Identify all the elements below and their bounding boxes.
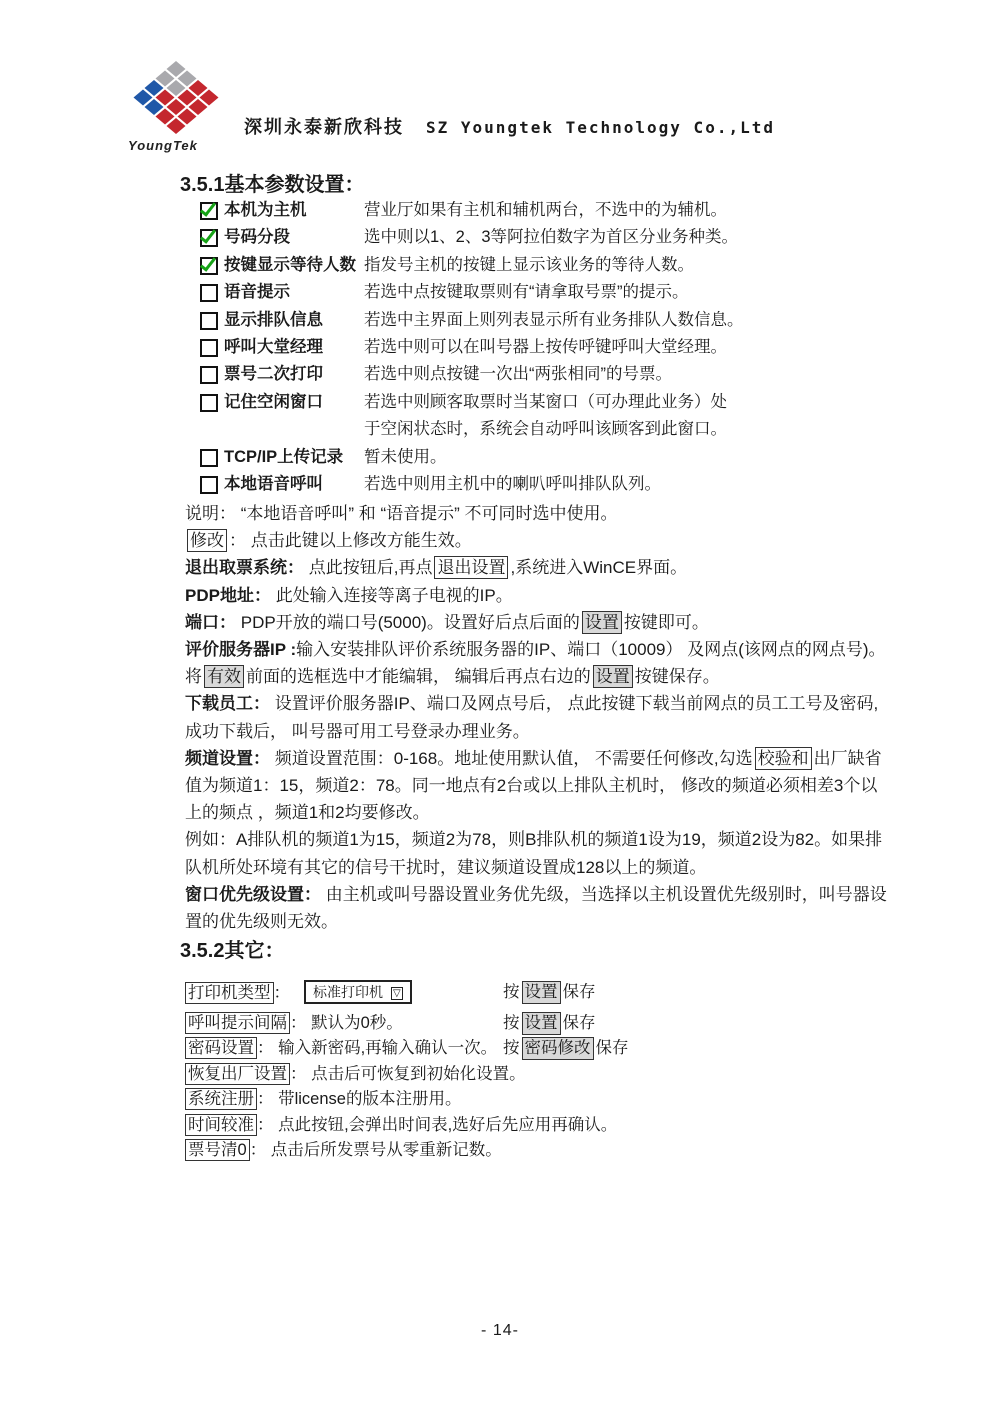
- note-paragraph: 退出取票系统： 点此按钮后,再点退出设置,系统进入WinCE界面。: [185, 554, 891, 581]
- text-run: 按键保存。: [635, 667, 720, 686]
- term-label: PDP地址：: [185, 586, 276, 605]
- company-name: 深圳永泰新欣科技 SZ Youngtek Technology Co.,Ltd: [244, 113, 775, 139]
- term-label: 窗口优先级设置：: [185, 885, 326, 904]
- inline-button: 设置: [582, 611, 622, 634]
- note-paragraph: 例如：A排队机的频道1为15，频道2为78，则B排队机的频道1设为19，频道2设…: [185, 826, 891, 880]
- checkbox-label: 号码分段: [218, 224, 364, 251]
- inline-button: 校验和: [755, 747, 812, 770]
- setting-row: 呼叫提示间隔： 默认为0秒。按设置保存: [185, 1011, 955, 1037]
- text-run: 设置评价服务器IP、端口及网点号后， 点此按键下载当前网点的员工工号及密码,成功…: [185, 694, 878, 740]
- dropdown-value: 标准打印机: [313, 984, 383, 1000]
- checkbox-row: 显示排队信息若选中主界面上则列表显示所有业务排队人数信息。: [200, 307, 890, 334]
- youngtek-logo: YoungTek: [128, 60, 228, 153]
- checkbox-description: 指发号主机的按键上显示该业务的等待人数。: [364, 252, 694, 279]
- checkbox-label: 记住空闲窗口: [218, 389, 364, 416]
- text-run: ： 点此按钮,会弹出时间表,选好后先应用再确认。: [257, 1116, 617, 1134]
- inline-button: 有效: [204, 665, 244, 688]
- text-run: ：: [274, 984, 291, 1002]
- checkbox-label: 显示排队信息: [218, 307, 364, 334]
- diamond-logo-icon: [128, 60, 224, 136]
- checkbox-description: 若选中点按键取票则有“请拿取号票”的提示。: [364, 279, 689, 306]
- term-label: 频道设置：: [185, 749, 275, 768]
- section-title-basic-params: 3.5.1基本参数设置：: [180, 168, 364, 197]
- note-paragraph: 修改： 点击此键以上修改方能生效。: [185, 527, 891, 554]
- note-paragraph: 下载员工： 设置评价服务器IP、端口及网点号后， 点此按键下载当前网点的员工工号…: [185, 690, 891, 744]
- checkbox-label: TCP/IP上传记录: [218, 444, 364, 471]
- setting-row: 票号清0： 点击后所发票号从零重新记数。: [185, 1138, 955, 1164]
- setting-row: 系统注册： 带license的版本注册用。: [185, 1087, 955, 1113]
- note-paragraph: 端口： PDP开放的端口号(5000)。设置好后点后面的设置按键即可。: [185, 609, 891, 636]
- text-run: ： 带license的版本注册用。: [257, 1090, 461, 1108]
- section-other: 3.5.2其它： 打印机类型：标准打印机▽按设置保存呼叫提示间隔： 默认为0秒。…: [185, 934, 955, 1164]
- text-run: 按: [503, 1039, 520, 1057]
- text-run: 保存: [596, 1039, 629, 1057]
- checkbox-description: 营业厅如果有主机和辅机两台，不选中的为辅机。: [364, 197, 727, 224]
- checkbox: [200, 366, 218, 384]
- text-run: 点此按钮后,再点: [309, 558, 433, 577]
- text-run: 按: [503, 1014, 520, 1032]
- term-label: 端口：: [185, 613, 241, 632]
- setting-row-left: 系统注册： 带license的版本注册用。: [185, 1090, 461, 1108]
- page-header: YoungTek 深圳永泰新欣科技 SZ Youngtek Technology…: [128, 60, 775, 153]
- settings-rows: 打印机类型：标准打印机▽按设置保存呼叫提示间隔： 默认为0秒。按设置保存密码设置…: [185, 980, 955, 1164]
- note-paragraph: 窗口优先级设置： 由主机或叫号器设置业务优先级，当选择以主机设置优先级别时，叫号…: [185, 881, 891, 935]
- setting-row-right: 按设置保存: [503, 980, 596, 1006]
- printer-type-dropdown: 标准打印机▽: [304, 980, 412, 1004]
- setting-row-left: 密码设置： 输入新密码,再输入确认一次。: [185, 1039, 497, 1057]
- setting-row: 密码设置： 输入新密码,再输入确认一次。按密码修改保存: [185, 1036, 955, 1062]
- setting-row-left: 打印机类型：标准打印机▽: [185, 984, 412, 1002]
- checkbox-label: 票号二次打印: [218, 361, 364, 388]
- checkbox-row: TCP/IP上传记录暂未使用。: [200, 444, 890, 471]
- term-label: 评价服务器IP :: [185, 640, 296, 659]
- checkbox-row: 本机为主机营业厅如果有主机和辅机两台，不选中的为辅机。: [200, 197, 890, 224]
- setting-label-button: 密码设置: [185, 1037, 257, 1059]
- checkbox: [200, 229, 218, 247]
- text-run: ： 点击后所发票号从零重新记数。: [250, 1141, 502, 1159]
- setting-label-button: 呼叫提示间隔: [185, 1012, 290, 1034]
- text-run: 此处输入连接等离子电视的IP。: [276, 586, 513, 605]
- text-run: ： 点击此键以上修改方能生效。: [229, 531, 472, 550]
- checkbox-description: 若选中主界面上则列表显示所有业务排队人数信息。: [364, 307, 744, 334]
- text-run: 按: [503, 983, 520, 1001]
- dropdown-arrow-icon: ▽: [391, 987, 403, 1000]
- text-run: ： 输入新密码,再输入确认一次。: [257, 1039, 497, 1057]
- inline-button: 密码修改: [522, 1037, 594, 1060]
- checkbox: [200, 257, 218, 275]
- checkbox-row: 号码分段选中则以1、2、3等阿拉伯数字为首区分业务种类。: [200, 224, 890, 251]
- checkbox: [200, 339, 218, 357]
- checkbox-description: 暂未使用。: [364, 444, 447, 471]
- setting-row-left: 时间较准： 点此按钮,会弹出时间表,选好后先应用再确认。: [185, 1116, 617, 1134]
- setting-row: 恢复出厂设置： 点击后可恢复到初始化设置。: [185, 1062, 955, 1088]
- setting-row: 时间较准： 点此按钮,会弹出时间表,选好后先应用再确认。: [185, 1113, 955, 1139]
- setting-row-right: 按密码修改保存: [503, 1036, 629, 1062]
- checkbox-label: 语音提示: [218, 279, 364, 306]
- term-label: 退出取票系统：: [185, 558, 309, 577]
- checkbox-description: 若选中则用主机中的喇叭呼叫排队队列。: [364, 471, 661, 498]
- setting-row-left: 票号清0： 点击后所发票号从零重新记数。: [185, 1141, 502, 1159]
- text-run: PDP开放的端口号(5000)。设置好后点后面的: [241, 613, 580, 632]
- checkbox-label: 本地语音呼叫: [218, 471, 364, 498]
- text-run: 例如：A排队机的频道1为15，频道2为78，则B排队机的频道1设为19，频道2设…: [185, 830, 882, 876]
- setting-row-left: 呼叫提示间隔： 默认为0秒。: [185, 1014, 403, 1032]
- setting-label-button: 打印机类型: [185, 982, 274, 1004]
- inline-button: 设置: [593, 665, 633, 688]
- setting-label-button: 票号清0: [185, 1139, 250, 1161]
- inline-button: 设置: [522, 1012, 561, 1035]
- checkbox-row: 记住空闲窗口若选中则顾客取票时当某窗口（可办理此业务）处 于空闲状态时，系统会自…: [200, 389, 890, 444]
- note-paragraph: 评价服务器IP :输入安装排队评价系统服务器的IP、端口（10009） 及网点(…: [185, 636, 891, 690]
- checkbox-row: 呼叫大堂经理若选中则可以在叫号器上按传呼键呼叫大堂经理。: [200, 334, 890, 361]
- setting-row-right: 按设置保存: [503, 1011, 596, 1037]
- company-name-cn: 深圳永泰新欣科技: [244, 113, 404, 139]
- text-run: 保存: [563, 1014, 596, 1032]
- section-title-other: 3.5.2其它：: [180, 934, 955, 963]
- checkbox-description: 选中则以1、2、3等阿拉伯数字为首区分业务种类。: [364, 224, 738, 251]
- setting-row-left: 恢复出厂设置： 点击后可恢复到初始化设置。: [185, 1065, 526, 1083]
- checkbox: [200, 284, 218, 302]
- checkbox: [200, 449, 218, 467]
- manual-page: YoungTek 深圳永泰新欣科技 SZ Youngtek Technology…: [0, 0, 1000, 1418]
- note-paragraph: 说明： “本地语音呼叫” 和 “语音提示” 不可同时选中使用。: [185, 500, 891, 527]
- company-name-en: SZ Youngtek Technology Co.,Ltd: [426, 118, 775, 137]
- checkbox-label: 按键显示等待人数: [218, 252, 364, 279]
- checkbox-row: 按键显示等待人数指发号主机的按键上显示该业务的等待人数。: [200, 252, 890, 279]
- checkbox-row: 语音提示若选中点按键取票则有“请拿取号票”的提示。: [200, 279, 890, 306]
- inline-button: 退出设置: [434, 556, 508, 579]
- checkbox-description: 若选中则顾客取票时当某窗口（可办理此业务）处 于空闲状态时，系统会自动呼叫该顾客…: [364, 389, 727, 444]
- checkbox: [200, 312, 218, 330]
- checkbox-label: 本机为主机: [218, 197, 364, 224]
- checkbox-list: 本机为主机营业厅如果有主机和辅机两台，不选中的为辅机。号码分段选中则以1、2、3…: [200, 197, 890, 498]
- setting-label-button: 系统注册: [185, 1088, 257, 1110]
- checkbox-label: 呼叫大堂经理: [218, 334, 364, 361]
- setting-row: 打印机类型：标准打印机▽按设置保存: [185, 980, 955, 1007]
- page-number: - 14-: [0, 1322, 1000, 1340]
- text-run: 前面的选框选中才能编辑， 编辑后再点右边的: [246, 667, 591, 686]
- note-paragraph: PDP地址： 此处输入连接等离子电视的IP。: [185, 582, 891, 609]
- text-run: 按键即可。: [624, 613, 709, 632]
- checkbox-description: 若选中则可以在叫号器上按传呼键呼叫大堂经理。: [364, 334, 727, 361]
- inline-button: 修改: [187, 529, 227, 552]
- inline-button: 设置: [522, 981, 561, 1004]
- checkbox: [200, 202, 218, 220]
- checkbox-row: 本地语音呼叫若选中则用主机中的喇叭呼叫排队队列。: [200, 471, 890, 498]
- text-run: 保存: [563, 983, 596, 1001]
- checkbox: [200, 476, 218, 494]
- checkbox-row: 票号二次打印若选中则点按键一次出“两张相同”的号票。: [200, 361, 890, 388]
- text-run: ： 默认为0秒。: [290, 1014, 403, 1032]
- text-run: ： 点击后可恢复到初始化设置。: [290, 1065, 526, 1083]
- checkbox-description: 若选中则点按键一次出“两张相同”的号票。: [364, 361, 672, 388]
- text-run: 频道设置范围：0-168。地址使用默认值， 不需要任何修改,勾选: [275, 749, 753, 768]
- setting-label-button: 恢复出厂设置: [185, 1063, 290, 1085]
- checkbox: [200, 394, 218, 412]
- setting-label-button: 时间较准: [185, 1114, 257, 1136]
- text-run: 说明： “本地语音呼叫” 和 “语音提示” 不可同时选中使用。: [185, 504, 618, 523]
- term-label: 下载员工：: [185, 694, 275, 713]
- logo-wordmark: YoungTek: [128, 138, 198, 153]
- notes-block: 说明： “本地语音呼叫” 和 “语音提示” 不可同时选中使用。修改： 点击此键以…: [185, 500, 891, 935]
- note-paragraph: 频道设置： 频道设置范围：0-168。地址使用默认值， 不需要任何修改,勾选校验…: [185, 745, 891, 827]
- text-run: ,系统进入WinCE界面。: [510, 558, 687, 577]
